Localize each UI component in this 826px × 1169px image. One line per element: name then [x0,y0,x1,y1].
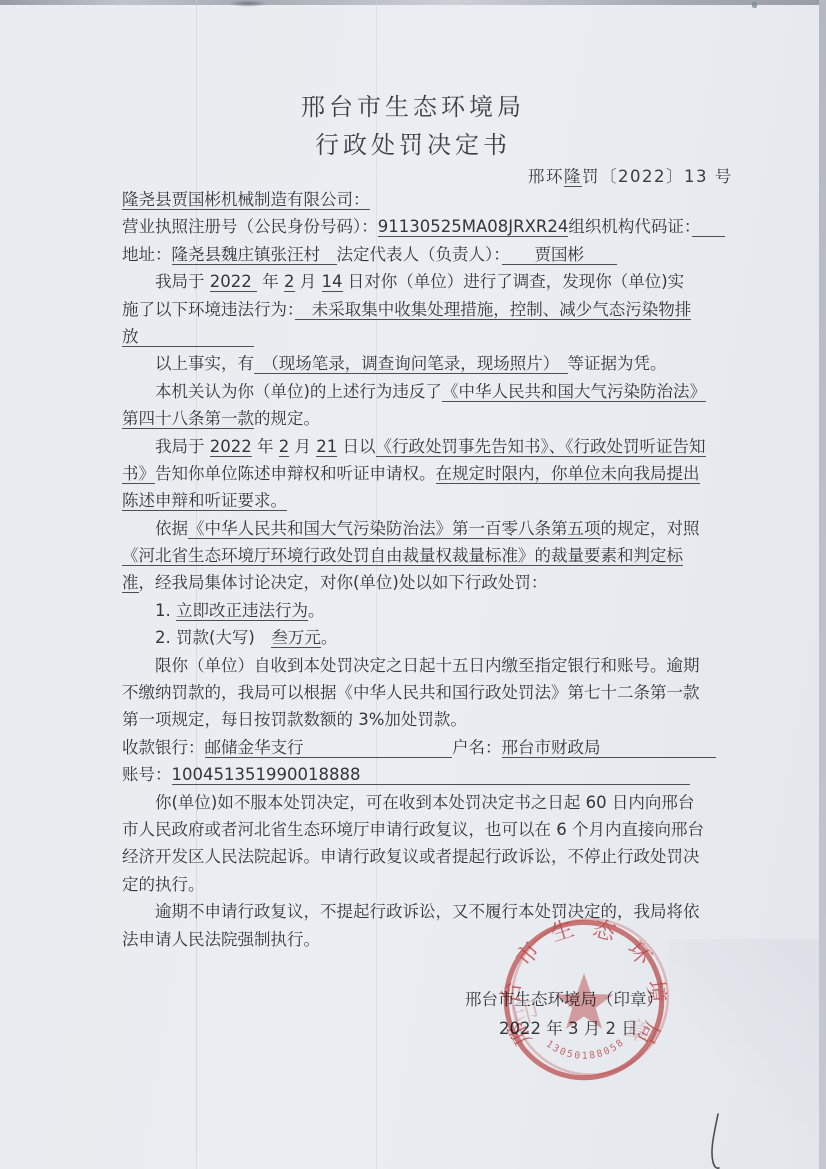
text-segment: 的规定，对照 [601,519,700,538]
text-segment: 的规定。 [254,409,320,428]
text-segment: 叁万元 [271,628,321,648]
body-line: 第四十八条第一款的规定。 [122,405,722,432]
text-segment: 贾国彬 [502,245,618,265]
body-line: 账号：100451351990018888 [122,761,722,788]
text-segment: 2 [279,437,290,457]
body-line: 隆尧县贾国彬机械制造有限公司： [122,186,722,213]
text-segment: 经济开发区人民法院起诉。申请行政复议或者提起行政诉讼，不停止行政处罚决 [122,847,700,866]
text-segment: 隆尧县贾国彬机械制造有限公司： [122,190,370,210]
body-line: 以上事实，有 （现场笔录，调查询问笔录，现场照片） 等证据为凭。 [122,350,722,377]
text-segment: 91130525MA08JRXR24 [378,217,569,237]
text-segment: 地址： [122,245,172,264]
doc-title-line-1: 邢台市生态环境局 [0,88,826,126]
body-line: 施了以下环境违法行为： 未采取集中收集处理措施，控制、减少气态污染物排 [122,296,722,323]
body-line: 《河北省生态环境厅环境行政处罚自由裁量权裁量标准》的裁量要素和判定标 [122,542,722,569]
text-segment: 未采取集中收集处理措施，控制、减少气态污染物排 [295,300,691,320]
text-segment: 日对你（单位）进行了调查，发现你（单位)实 [343,272,685,291]
text-segment: 我局于 [155,272,210,291]
text-segment: 邮储金华支行 [205,738,453,758]
text-segment: 法申请人民法院强制执行。 [122,930,320,949]
text-segment: 《中华人民共和国大气污染防治法》第一百零八条第五项 [188,519,601,539]
body-line: 本机关认为你（单位)的上述行为违反了《中华人民共和国大气污染防治法》 [122,378,722,405]
text-segment: 陈述申辩和听证要求。 [122,491,287,511]
body-line: 经济开发区人民法院起诉。申请行政复议或者提起行政诉讼，不停止行政处罚决 [122,843,722,870]
text-segment: 邢环 [528,167,564,186]
text-segment: 21 [316,437,337,457]
body-line: 地址：隆尧县魏庄镇张汪村 法定代表人（负责人）： 贾国彬 [122,241,722,268]
text-segment: 。 [308,601,325,620]
text-segment: 限你（单位）自收到本处罚决定之日起十五日内缴至指定银行和账号。逾期 [155,656,700,675]
body-line: 依据《中华人民共和国大气污染防治法》第一百零八条第五项的规定，对照 [122,515,722,542]
doc-title-line-2: 行政处罚决定书 [0,126,826,164]
paper-corner-shade [669,939,819,1169]
text-segment: 告知你单位陈述申辩权和听证申请权。 [155,464,436,483]
text-segment: 《行政处罚事先告知书》、《行政处罚听证告知 [376,437,706,457]
body-line: 书》告知你单位陈述申辩权和听证申请权。在规定时限内，你单位未向我局提出 [122,460,722,487]
text-segment: 收款银行： [122,738,205,757]
text-segment: 放 [122,327,254,347]
text-segment: 《河北省生态环境厅环境行政处罚自由裁量权裁量标准》的裁量要素和判定标 [122,546,683,566]
text-segment: 1. [155,601,176,620]
text-segment: （现场笔录，调查询问笔录，现场照片） [254,354,568,374]
text-segment: 不缴纳罚款的，我局可以根据《中华人民共和国行政处罚法》第七十二条第一款 [122,683,700,702]
body-line: 收款银行：邮储金华支行 户名：邢台市财政局 [122,734,722,761]
text-segment: 定的执行。 [122,875,205,894]
text-segment: 法定代表人（负责人）： [337,245,502,264]
text-segment: 营业执照注册号（公民身份号码）： [122,217,378,236]
text-segment: 以上事实，有 [155,354,254,373]
text-segment: 。 [321,628,338,647]
text-segment: 我局于 [155,437,210,456]
text-segment: 施了以下环境违法行为： [122,300,295,319]
text-segment: 第四十八条第一款 [122,409,254,429]
text-segment: 在规定时限内，你单位未向我局提出 [436,464,700,484]
text-segment: 2. 罚款(大写) [155,628,271,647]
text-segment: 100451351990018888 [172,765,691,785]
text-segment: 准 [122,573,139,593]
doc-number: 邢环隆罚〔2022〕13 号 [528,163,733,187]
document-body: 隆尧县贾国彬机械制造有限公司：营业执照注册号（公民身份号码）：91130525M… [122,186,722,953]
text-segment: 隆 [564,167,582,187]
text-segment: 户名： [452,738,502,757]
text-segment: 你(单位)如不服本处罚决定，可在收到本处罚决定书之日起 60 日内向邢台 [155,793,694,812]
body-line: 定的执行。 [122,871,722,898]
text-segment: 14 [322,272,343,292]
text-segment: 2 [284,272,295,292]
text-segment: 组织机构代码证： [568,217,692,236]
text-segment: 邢台市财政局 [502,738,717,758]
text-segment: 依据 [155,519,188,538]
text-segment: 年 [257,272,284,291]
scanner-top-edge-shadow [0,0,826,5]
body-line: 第一项规定，每日按罚款数额的 3%加处罚款。 [122,706,722,733]
scanned-penalty-document: { "header": { "title_line1": "邢台市生态环境局",… [0,0,826,1169]
text-segment: 日以 [337,437,375,456]
document-title: 邢台市生态环境局 行政处罚决定书 [0,88,826,164]
text-segment: 隆尧县魏庄镇张汪村 [172,245,337,265]
body-line: 营业执照注册号（公民身份号码）：91130525MA08JRXR24组织机构代码… [122,213,722,240]
text-segment: 2022 [210,272,257,292]
body-line: 准，经我局集体讨论决定，对你(单位)处以如下行政处罚： [122,569,722,596]
scan-speck [752,2,757,8]
text-segment: 等证据为凭。 [568,354,667,373]
text-segment [692,217,725,237]
scanner-right-edge-shadow [819,0,826,1169]
body-line: 市人民政府或者河北省生态环境厅申请行政复议，也可以在 6 个月内直接向邢台 [122,816,722,843]
body-line: 陈述申辩和听证要求。 [122,487,722,514]
body-line: 放 [122,323,722,350]
body-line: 限你（单位）自收到本处罚决定之日起十五日内缴至指定银行和账号。逾期 [122,652,722,679]
body-line: 不缴纳罚款的，我局可以根据《中华人民共和国行政处罚法》第七十二条第一款 [122,679,722,706]
seal-star-icon [555,973,613,1029]
text-segment: 市人民政府或者河北省生态环境厅申请行政复议，也可以在 6 个月内直接向邢台 [122,820,704,839]
text-segment: 罚〔2022〕13 号 [582,167,733,186]
text-segment: 立即改正违法行为 [176,601,308,621]
text-segment: 月 [295,272,322,291]
text-segment: 本机关认为你（单位)的上述行为违反了 [155,382,442,401]
body-line: 你(单位)如不服本处罚决定，可在收到本处罚决定书之日起 60 日内向邢台 [122,789,722,816]
official-seal: 邢台市生态环境局 1305018805813 印 章 [492,908,676,1092]
body-line: 1. 立即改正违法行为。 [122,597,722,624]
text-segment: 年 [252,437,279,456]
text-segment: 2022 [210,437,252,457]
text-segment: 月 [289,437,316,456]
text-segment: 第一项规定，每日按罚款数额的 3%加处罚款。 [122,710,467,729]
text-segment: 书》 [122,464,155,484]
body-line: 2. 罚款(大写) 叁万元。 [122,624,722,651]
pen-mark-artifact [702,1112,732,1169]
text-segment: 账号： [122,765,172,784]
scan-smudge [228,0,268,7]
text-segment: ，经我局集体讨论决定，对你(单位)处以如下行政处罚： [139,573,548,592]
body-line: 我局于 2022 年 2 月 14 日对你（单位）进行了调查，发现你（单位)实 [122,268,722,295]
body-line: 我局于 2022 年 2 月 21 日以《行政处罚事先告知书》、《行政处罚听证告… [122,433,722,460]
text-segment: 《中华人民共和国大气污染防治法》 [442,382,706,402]
